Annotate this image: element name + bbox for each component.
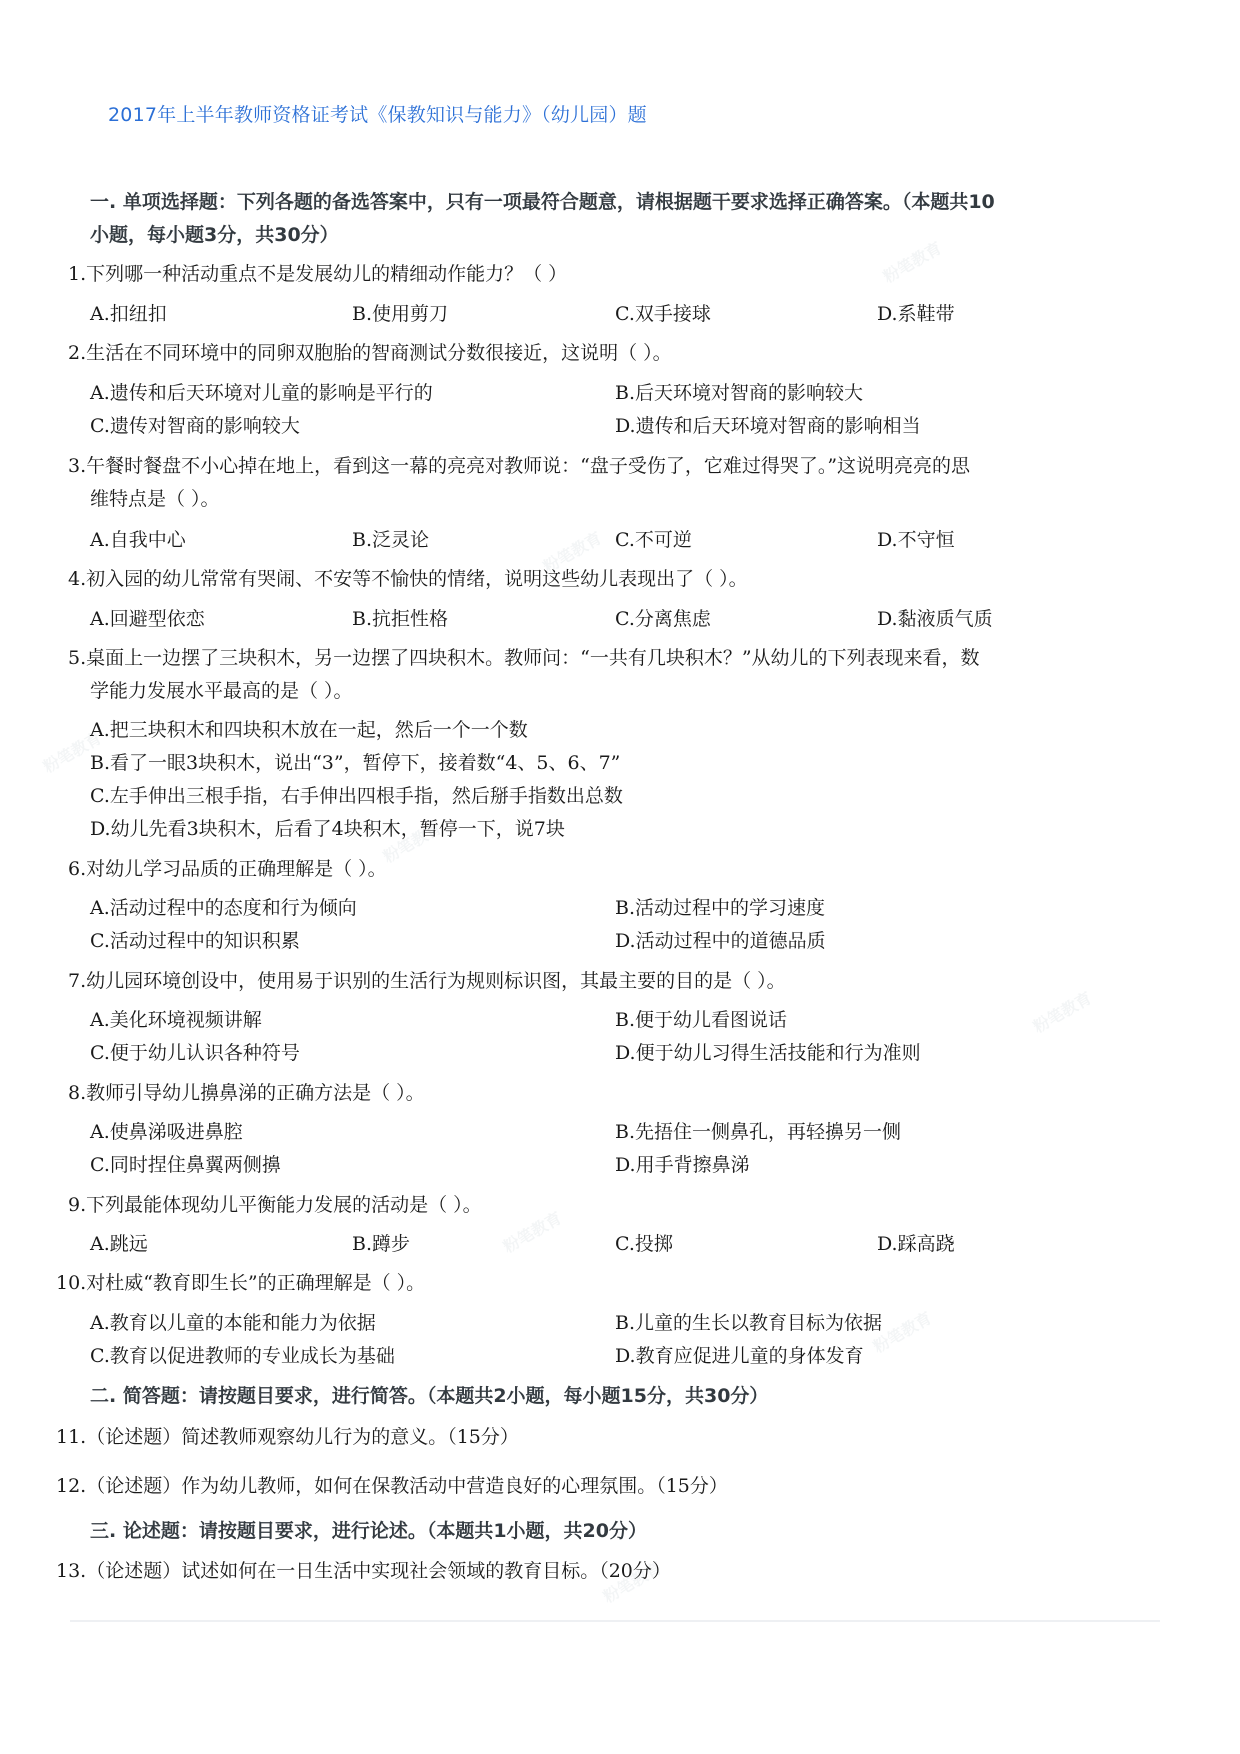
option-d: D.活动过程中的道德品质 (615, 925, 826, 958)
option-c: C.投掷 (615, 1228, 673, 1261)
question-12-stem: 12.（论述题）作为幼儿教师，如何在保教活动中营造良好的心理氛围。（15分） (56, 1470, 1146, 1503)
option-d: D.系鞋带 (877, 298, 955, 331)
option-b: B.泛灵论 (352, 524, 429, 557)
question-6-options: A.活动过程中的态度和行为倾向 B.活动过程中的学习速度 C.活动过程中的知识积… (90, 892, 1150, 958)
option-b: B.看了一眼3块积木，说出“3”，暂停下，接着数“4、5、6、7” (90, 747, 1150, 780)
option-d: D.幼儿先看3块积木，后看了4块积木，暂停一下，说7块 (90, 813, 1150, 846)
question-4-options: A.回避型依恋 B.抗拒性格 C.分离焦虑 D.黏液质气质 (90, 603, 1150, 636)
option-b: B.后天环境对智商的影响较大 (615, 377, 863, 410)
question-2-stem: 2.生活在不同环境中的同卵双胞胎的智商测试分数很接近，这说明（ ）。 (68, 337, 1158, 370)
question-10-options: A.教育以儿童的本能和能力为依据 B.儿童的生长以教育目标为依据 C.教育以促进… (90, 1307, 1150, 1373)
exam-page: 粉笔教育 粉笔教育 粉笔教育 粉笔教育 粉笔教育 粉笔教育 粉笔教育 粉笔教育 … (0, 0, 1240, 1754)
option-a: A.美化环境视频讲解 (90, 1004, 262, 1037)
option-a: A.遗传和后天环境对儿童的影响是平行的 (90, 377, 433, 410)
option-a: A.使鼻涕吸进鼻腔 (90, 1116, 243, 1149)
option-a: A.跳远 (90, 1228, 148, 1261)
option-d: D.黏液质气质 (877, 603, 993, 636)
option-a: A.扣纽扣 (90, 298, 167, 331)
question-1-options: A.扣纽扣 B.使用剪刀 C.双手接球 D.系鞋带 (90, 298, 1150, 331)
page-title: 2017年上半年教师资格证考试《保教知识与能力》（幼儿园）题 (108, 100, 647, 127)
option-b: B.抗拒性格 (352, 603, 448, 636)
option-c: C.同时捏住鼻翼两侧擤 (90, 1149, 281, 1182)
question-1-stem: 1.下列哪一种活动重点不是发展幼儿的精细动作能力？（ ） (68, 258, 1158, 291)
question-5-options: A.把三块积木和四块积木放在一起，然后一个一个数 B.看了一眼3块积木，说出“3… (90, 714, 1150, 846)
option-c: C.不可逆 (615, 524, 692, 557)
question-5-stem: 5.桌面上一边摆了三块积木，另一边摆了四块积木。教师问：“一共有几块积木？”从幼… (68, 642, 1158, 708)
option-b: B.先捂住一侧鼻孔，再轻擤另一侧 (615, 1116, 901, 1149)
option-c: C.活动过程中的知识积累 (90, 925, 300, 958)
question-10-stem: 10.对杜威“教育即生长”的正确理解是（ ）。 (56, 1267, 1146, 1300)
question-9-options: A.跳远 B.蹲步 C.投掷 D.踩高跷 (90, 1228, 1150, 1261)
option-c: C.遗传对智商的影响较大 (90, 410, 300, 443)
option-d: D.教育应促进儿童的身体发育 (615, 1340, 864, 1373)
question-13-stem: 13.（论述题）试述如何在一日生活中实现社会领域的教育目标。（20分） (56, 1555, 1146, 1588)
option-d: D.不守恒 (877, 524, 955, 557)
option-b: B.活动过程中的学习速度 (615, 892, 825, 925)
option-d: D.用手背擦鼻涕 (615, 1149, 750, 1182)
question-7-options: A.美化环境视频讲解 B.便于幼儿看图说话 C.便于幼儿认识各种符号 D.便于幼… (90, 1004, 1150, 1070)
option-a: A.活动过程中的态度和行为倾向 (90, 892, 357, 925)
question-8-stem: 8.教师引导幼儿擤鼻涕的正确方法是（ ）。 (68, 1077, 1158, 1110)
section-heading-1: 一. 单项选择题：下列各题的备选答案中，只有一项最符合题意，请根据题干要求选择正… (90, 186, 1140, 252)
option-d: D.踩高跷 (877, 1228, 955, 1261)
option-b: B.使用剪刀 (352, 298, 448, 331)
question-9-stem: 9.下列最能体现幼儿平衡能力发展的活动是（ ）。 (68, 1189, 1158, 1222)
page-divider (70, 1620, 1160, 1622)
question-3-options: A.自我中心 B.泛灵论 C.不可逆 D.不守恒 (90, 524, 1150, 557)
option-b: B.便于幼儿看图说话 (615, 1004, 787, 1037)
question-6-stem: 6.对幼儿学习品质的正确理解是（ ）。 (68, 853, 1158, 886)
question-11-stem: 11.（论述题）简述教师观察幼儿行为的意义。（15分） (56, 1421, 1146, 1454)
question-7-stem: 7.幼儿园环境创设中，使用易于识别的生活行为规则标识图，其最主要的目的是（ ）。 (68, 965, 1158, 998)
option-c: C.教育以促进教师的专业成长为基础 (90, 1340, 395, 1373)
question-2-options: A.遗传和后天环境对儿童的影响是平行的 B.后天环境对智商的影响较大 C.遗传对… (90, 377, 1150, 443)
option-b: B.儿童的生长以教育目标为依据 (615, 1307, 882, 1340)
option-a: A.教育以儿童的本能和能力为依据 (90, 1307, 376, 1340)
option-c: C.左手伸出三根手指，右手伸出四根手指，然后掰手指数出总数 (90, 780, 1150, 813)
question-8-options: A.使鼻涕吸进鼻腔 B.先捂住一侧鼻孔，再轻擤另一侧 C.同时捏住鼻翼两侧擤 D… (90, 1116, 1150, 1182)
question-4-stem: 4.初入园的幼儿常常有哭闹、不安等不愉快的情绪，说明这些幼儿表现出了（ ）。 (68, 563, 1158, 596)
option-a: A.把三块积木和四块积木放在一起，然后一个一个数 (90, 714, 1150, 747)
option-b: B.蹲步 (352, 1228, 410, 1261)
option-d: D.遗传和后天环境对智商的影响相当 (615, 410, 921, 443)
option-d: D.便于幼儿习得生活技能和行为准则 (615, 1037, 921, 1070)
option-c: C.分离焦虑 (615, 603, 711, 636)
option-a: A.自我中心 (90, 524, 186, 557)
section-heading-2: 二. 简答题：请按题目要求，进行简答。（本题共2小题，每小题15分，共30分） (90, 1380, 1140, 1413)
question-3-stem: 3.午餐时餐盘不小心掉在地上，看到这一幕的亮亮对教师说：“盘子受伤了，它难过得哭… (68, 450, 1158, 516)
option-c: C.便于幼儿认识各种符号 (90, 1037, 300, 1070)
section-heading-3: 三. 论述题：请按题目要求，进行论述。（本题共1小题，共20分） (90, 1515, 1140, 1548)
option-a: A.回避型依恋 (90, 603, 205, 636)
option-c: C.双手接球 (615, 298, 711, 331)
